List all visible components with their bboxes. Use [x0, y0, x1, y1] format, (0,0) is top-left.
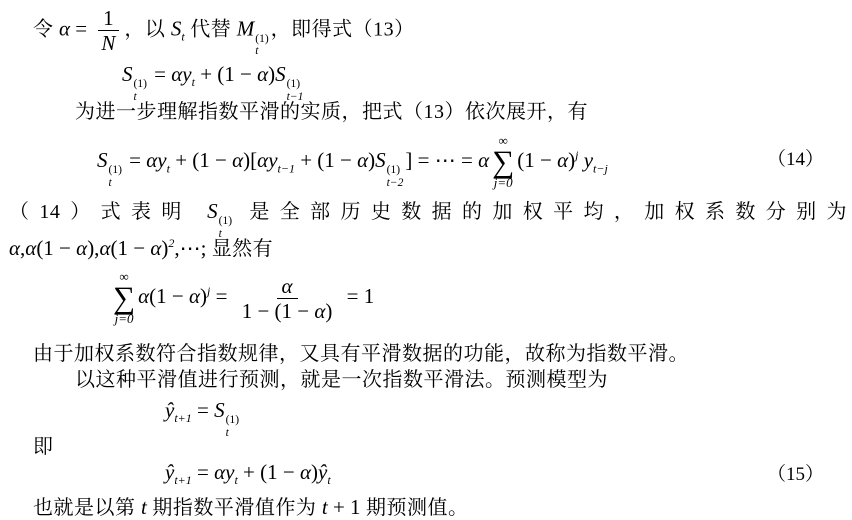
forecast-model-formula: ŷt+1 = S(1)t	[165, 397, 241, 440]
namely-label: 即	[33, 433, 54, 460]
document-page: { "colors": { "background": "#ffffff", "…	[0, 0, 852, 520]
formula-14-expansion: S(1)t = αyt + (1 − α)[αyt−1 + (1 − α)S(1…	[97, 134, 608, 191]
intro-paragraph: 令 α = 1N，以 St 代替 M(1)t，即得式（13）	[33, 6, 415, 58]
formula-15-forecast: ŷt+1 = αyt + (1 − α)ŷt	[165, 459, 331, 485]
weights-paragraph-line2: α,α(1 − α),α(1 − α)2,⋯; 显然有	[9, 235, 273, 262]
forecast-method-paragraph: 以这种平滑值进行预测，就是一次指数平滑法。预测模型为	[75, 366, 608, 393]
expand-paragraph: 为进一步理解指数平滑的实质，把式（13）依次展开，有	[75, 98, 588, 125]
conclusion-paragraph: 也就是以第 t 期指数平滑值作为 t + 1 期预测值。	[33, 494, 469, 520]
sum-identity-formula: ∞∑j=0α(1 − α)j = α1 − (1 − α) = 1	[110, 270, 374, 327]
exponential-law-paragraph: 由于加权系数符合指数规律，又具有平滑数据的功能，故称为指数平滑。	[33, 340, 689, 367]
equation-number-14: （14）	[767, 148, 824, 172]
equation-number-15: （15）	[767, 463, 824, 487]
